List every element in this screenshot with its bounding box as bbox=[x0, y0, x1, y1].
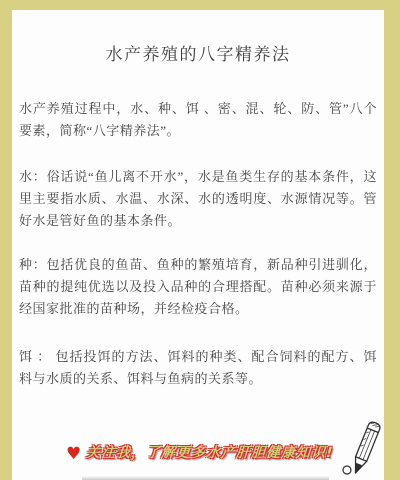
water-paragraph: 水：俗话说“鱼儿离不开水”，水是鱼类生存的基本条件，这里主要指水质、水温、水深、… bbox=[19, 166, 377, 232]
follow-cta-text: 关注我，了解更多水产肝胆健康知识! bbox=[85, 441, 334, 465]
card-bottom-shadow bbox=[82, 476, 329, 480]
seed-paragraph: 种：包括优良的鱼苗、鱼种的繁殖培育，新品种引进驯化，苗种的提纯优选以及投入品种的… bbox=[19, 254, 377, 320]
follow-cta-banner: ♥ 关注我，了解更多水产肝胆健康知识! bbox=[66, 441, 334, 466]
heart-icon: ♥ bbox=[66, 442, 81, 466]
pencil-icon bbox=[340, 417, 392, 479]
intro-paragraph: 水产养殖过程中，水、种、饵 、密、混、轮、防、管”八个要素，简称“八字精养法”。 bbox=[19, 98, 377, 142]
page-title: 水产养殖的八字精养法 bbox=[12, 40, 384, 65]
knowledge-card-page: 水产养殖的八字精养法 水产养殖过程中，水、种、饵 、密、混、轮、防、管”八个要素… bbox=[0, 0, 400, 480]
feed-paragraph: 饵 ： 包括投饵的方法、饵料的种类、配合饲料的配方、饵料与水质的关系、饵料与鱼病… bbox=[19, 346, 377, 390]
content-card: 水产养殖的八字精养法 水产养殖过程中，水、种、饵 、密、混、轮、防、管”八个要素… bbox=[12, 10, 384, 480]
